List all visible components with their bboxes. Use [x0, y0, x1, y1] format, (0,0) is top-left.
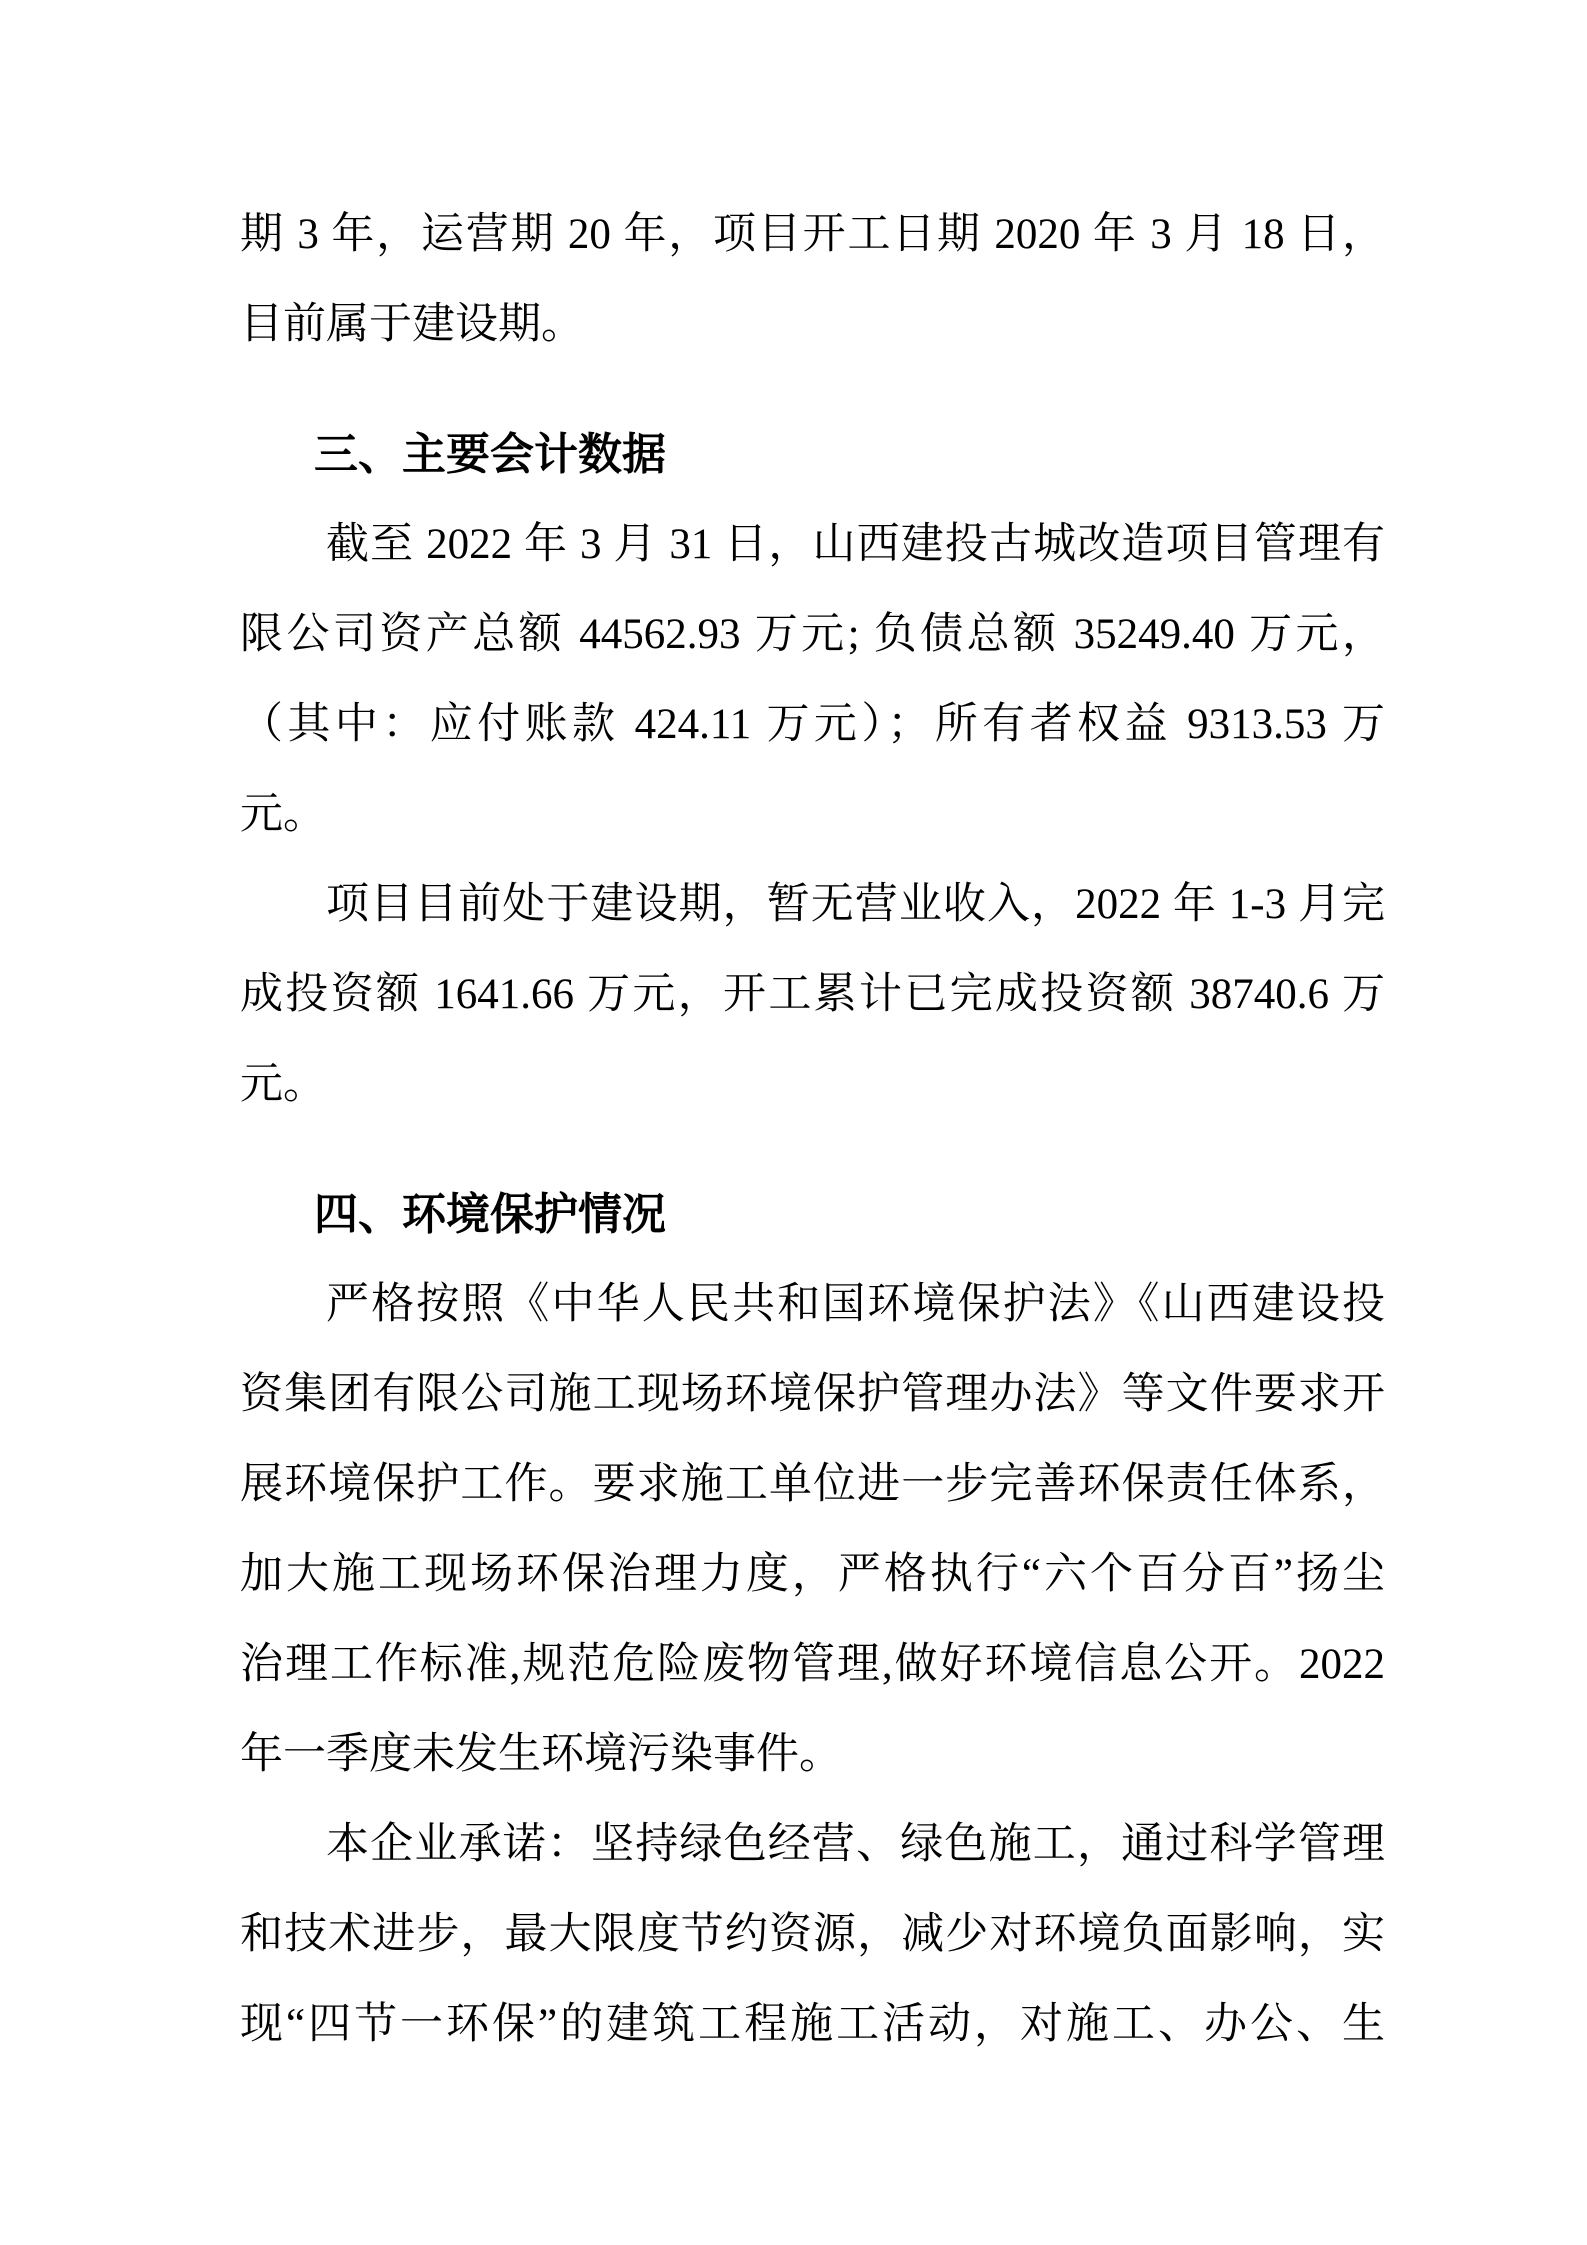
text-line: 严格按照《中华人民共和国环境保护法》《山西建设投	[240, 1260, 1385, 1350]
text-line: 成投资额 1641.66 万元，开工累计已完成投资额 38740.6 万	[240, 950, 1385, 1040]
text-line: 项目目前处于建设期，暂无营业收入，2022 年 1-3 月完	[240, 860, 1385, 950]
text-line: 元。	[240, 770, 1385, 860]
text-line: 目前属于建设期。	[240, 280, 1385, 370]
text-line: （其中：应付账款 424.11 万元）；所有者权益 9313.53 万	[240, 680, 1385, 770]
text-line: 展环境保护工作。要求施工单位进一步完善环保责任体系，	[240, 1440, 1385, 1530]
text-line: 加大施工现场环保治理力度，严格执行“六个百分百”扬尘	[240, 1530, 1385, 1620]
text-line: 截至 2022 年 3 月 31 日，山西建投古城改造项目管理有	[240, 500, 1385, 590]
text-line: 限公司资产总额 44562.93 万元; 负债总额 35249.40 万元，	[240, 590, 1385, 680]
text-line: 年一季度未发生环境污染事件。	[240, 1710, 1385, 1800]
text-line: 治理工作标准,规范危险废物管理,做好环境信息公开。2022	[240, 1620, 1385, 1710]
section-heading-accounting-data: 三、主要会计数据	[240, 410, 1385, 500]
document-content: 期 3 年，运营期 20 年，项目开工日期 2020 年 3 月 18 日， 目…	[240, 190, 1385, 2070]
text-line: 现“四节一环保”的建筑工程施工活动，对施工、办公、生	[240, 1980, 1385, 2070]
text-line: 元。	[240, 1040, 1385, 1130]
text-line: 期 3 年，运营期 20 年，项目开工日期 2020 年 3 月 18 日，	[240, 190, 1385, 280]
text-line: 和技术进步，最大限度节约资源，减少对环境负面影响，实	[240, 1890, 1385, 1980]
document-page: 期 3 年，运营期 20 年，项目开工日期 2020 年 3 月 18 日， 目…	[0, 0, 1587, 2245]
text-line: 资集团有限公司施工现场环境保护管理办法》等文件要求开	[240, 1350, 1385, 1440]
section-heading-environment: 四、环境保护情况	[240, 1170, 1385, 1260]
text-line: 本企业承诺：坚持绿色经营、绿色施工，通过科学管理	[240, 1800, 1385, 1890]
